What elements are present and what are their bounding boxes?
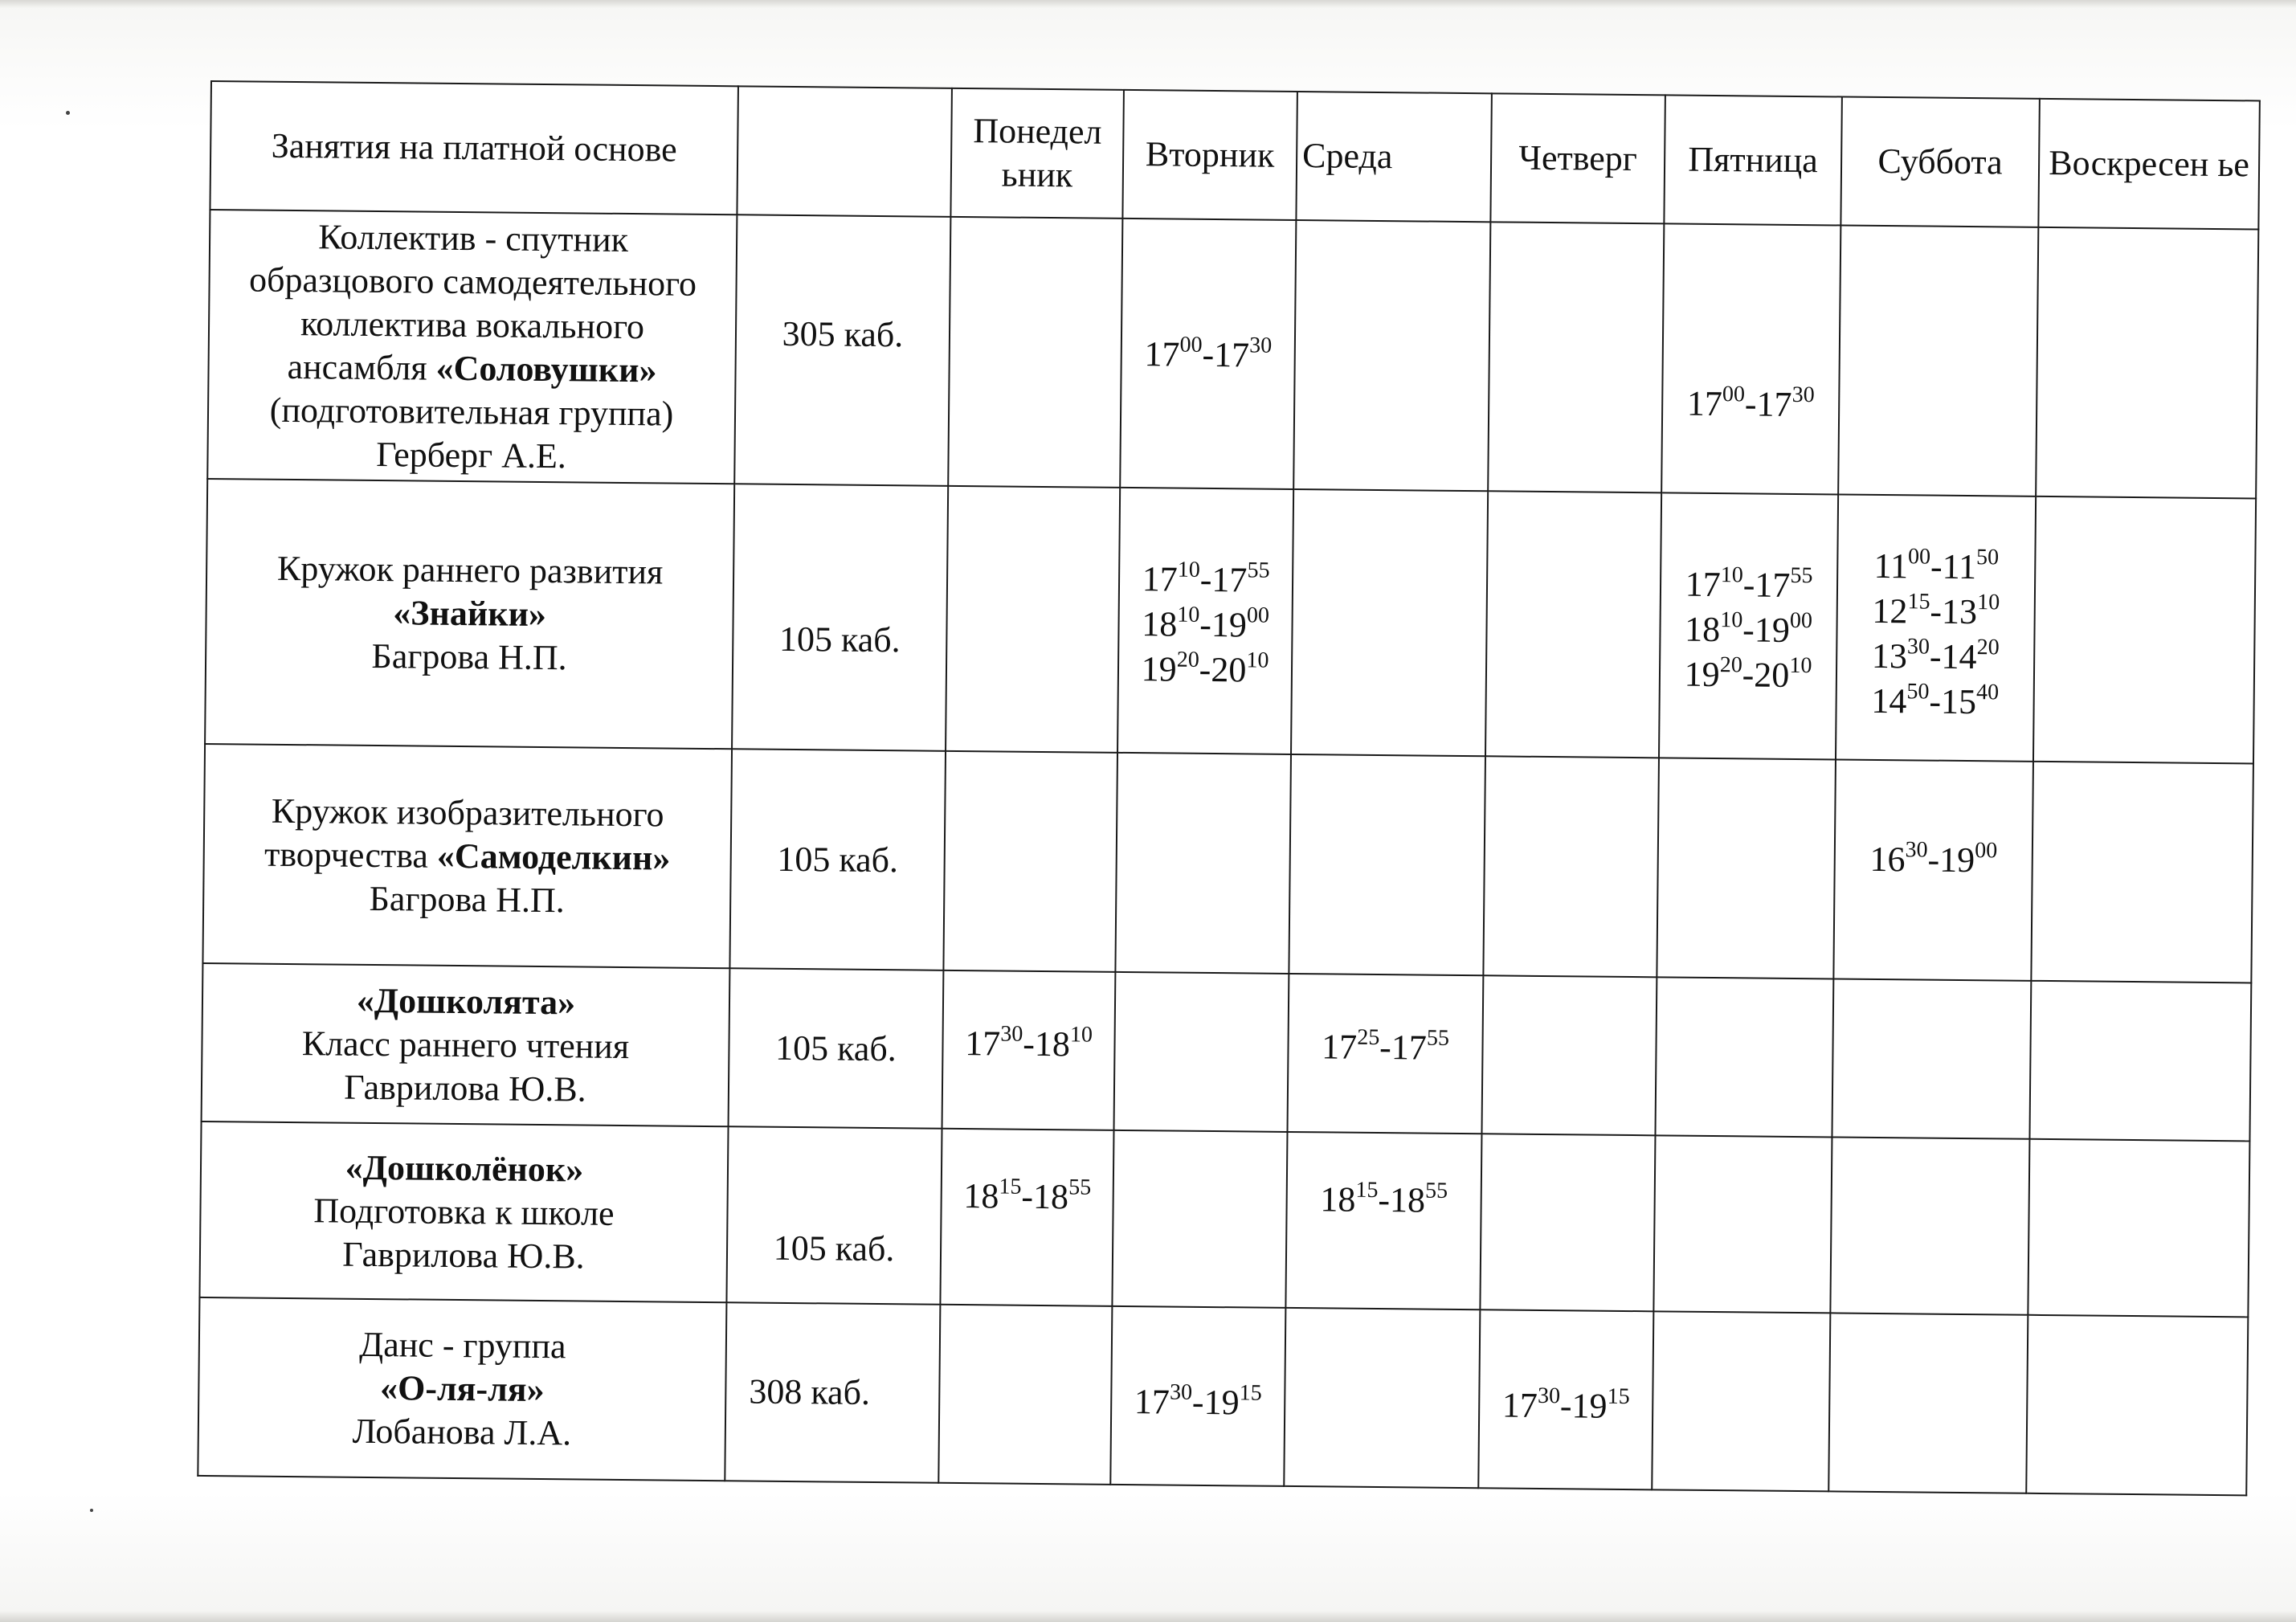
time-cell-thu bbox=[1488, 222, 1664, 492]
activity-name-line: Подготовка к школе bbox=[206, 1188, 721, 1236]
activity-name-line: Багрова Н.П. bbox=[209, 876, 725, 924]
activity-text: Кружок изобразительного bbox=[272, 791, 664, 834]
time-cell-sat bbox=[1838, 225, 2038, 496]
activity-title: «Самоделкин» bbox=[437, 836, 671, 877]
time-slot: 1815-1855 bbox=[1292, 1177, 1476, 1224]
activity-name-cell: «Дошколята»Класс раннего чтенияГаврилова… bbox=[202, 963, 730, 1126]
time-cell-fri bbox=[1653, 1135, 1832, 1313]
time-cell-sun bbox=[2029, 981, 2251, 1142]
activity-text: творчества bbox=[264, 834, 437, 875]
activity-text: коллектива вокального bbox=[300, 304, 644, 346]
time-cell-mon bbox=[948, 217, 1122, 488]
activity-name-line: Багрова Н.П. bbox=[211, 633, 727, 681]
time-cell-sun bbox=[2036, 227, 2258, 499]
time-cell-tue bbox=[1112, 1130, 1287, 1308]
activity-name-cell: Кружок раннего развития«Знайки»Багрова Н… bbox=[205, 479, 734, 749]
room-cell: 105 каб. bbox=[729, 968, 944, 1129]
time-cell-sun bbox=[2028, 1139, 2249, 1318]
header-row: Занятия на платной основе Понедел ьник В… bbox=[210, 81, 2259, 229]
time-cell-thu bbox=[1483, 756, 1659, 977]
activity-name-line: «О-ля-ля» bbox=[204, 1365, 720, 1413]
activity-text: ансамбля bbox=[287, 346, 435, 387]
paper-speck bbox=[90, 1509, 93, 1512]
time-slot: 1700-1730 bbox=[1668, 381, 1834, 427]
table-row: Кружок раннего развития«Знайки»Багрова Н… bbox=[205, 479, 2256, 763]
activity-title: «Знайки» bbox=[393, 593, 546, 634]
time-cell-mon bbox=[946, 486, 1120, 753]
room-cell: 305 каб. bbox=[734, 214, 950, 486]
activity-name-line: Гаврилова Ю.В. bbox=[207, 1064, 723, 1113]
time-cell-sun bbox=[2033, 496, 2256, 764]
activity-name-cell: «Дошколёнок»Подготовка к школеГаврилова … bbox=[199, 1122, 728, 1302]
time-cell-fri: 1710-17551810-19001920-2010 bbox=[1659, 492, 1838, 759]
activity-name-line: Коллектив - спутник bbox=[215, 214, 731, 263]
activity-name-cell: Данс - группа«О-ля-ля»Лобанова Л.А. bbox=[198, 1297, 726, 1481]
time-cell-thu bbox=[1481, 975, 1657, 1135]
time-cell-sat: 1100-11501215-13101330-14201450-1540 bbox=[1836, 494, 2036, 761]
activity-title: «Дошколята» bbox=[357, 980, 576, 1022]
time-cell-sat bbox=[1828, 1313, 2028, 1493]
schedule-body: Коллектив - спутникобразцового самодеяте… bbox=[198, 210, 2258, 1495]
time-cell-thu bbox=[1485, 491, 1661, 758]
time-cell-tue: 1700-1730 bbox=[1120, 219, 1296, 489]
time-cell-sat bbox=[1832, 979, 2031, 1138]
time-slot: 1725-1755 bbox=[1293, 1024, 1477, 1071]
activity-name-line: Лобанова Л.А. bbox=[204, 1408, 720, 1457]
time-slot: 1215-1310 bbox=[1842, 589, 2029, 635]
activity-name-line: образцового самодеятельного bbox=[214, 258, 730, 306]
activity-name-line: «Знайки» bbox=[211, 590, 727, 638]
time-cell-fri bbox=[1655, 977, 1833, 1137]
activity-name-line: Данс - группа bbox=[205, 1322, 721, 1370]
activity-name-line: (подготовительная группа) bbox=[214, 388, 729, 436]
time-cell-wed: 1815-1855 bbox=[1285, 1132, 1481, 1309]
header-day-thu: Четверг bbox=[1490, 93, 1665, 223]
activity-name-cell: Кружок изобразительноготворчества «Самод… bbox=[202, 744, 732, 968]
header-day-fri: Пятница bbox=[1664, 95, 1842, 225]
header-day-sun: Воскресен ье bbox=[2038, 99, 2260, 230]
activity-text: Гаврилова Ю.В. bbox=[342, 1234, 585, 1276]
header-room bbox=[737, 86, 952, 217]
activity-name-line: Кружок изобразительного bbox=[210, 789, 725, 837]
time-cell-fri: 1700-1730 bbox=[1661, 223, 1840, 494]
time-cell-fri bbox=[1652, 1311, 1830, 1491]
time-slot: 1810-1900 bbox=[1665, 607, 1832, 653]
activity-name-line: творчества «Самоделкин» bbox=[210, 832, 725, 880]
activity-text: Багрова Н.П. bbox=[371, 636, 567, 677]
room-cell: 308 каб. bbox=[725, 1302, 940, 1483]
room-cell: 105 каб. bbox=[732, 484, 948, 751]
activity-title: «Дошколёнок» bbox=[345, 1147, 584, 1189]
activity-title: «О-ля-ля» bbox=[380, 1368, 545, 1409]
time-cell-sat bbox=[1830, 1137, 2029, 1314]
table-row: «Дошколята»Класс раннего чтенияГаврилова… bbox=[202, 963, 2252, 1141]
activity-name-line: Класс раннего чтения bbox=[207, 1021, 723, 1069]
time-cell-mon: 1730-1810 bbox=[942, 970, 1116, 1130]
activity-name-line: Герберг А.Е. bbox=[213, 431, 729, 480]
activity-text: Класс раннего чтения bbox=[302, 1023, 630, 1066]
time-cell-mon: 1815-1855 bbox=[940, 1129, 1113, 1306]
time-cell-wed bbox=[1284, 1308, 1480, 1488]
time-cell-thu bbox=[1480, 1134, 1655, 1311]
time-cell-tue: 1730-1915 bbox=[1110, 1306, 1285, 1486]
header-title: Занятия на платной основе bbox=[210, 81, 738, 214]
time-slot: 1730-1915 bbox=[1117, 1379, 1280, 1426]
table-row: «Дошколёнок»Подготовка к школеГаврилова … bbox=[199, 1122, 2249, 1317]
activity-text: Лобанова Л.А. bbox=[352, 1412, 571, 1453]
room-cell: 105 каб. bbox=[726, 1126, 942, 1305]
activity-name-cell: Коллектив - спутникобразцового самодеяте… bbox=[207, 210, 737, 484]
time-slot: 1710-1755 bbox=[1666, 562, 1832, 608]
time-slot: 1920-2010 bbox=[1124, 647, 1287, 693]
header-day-wed: Среда bbox=[1296, 92, 1492, 222]
time-cell-sun bbox=[2031, 762, 2253, 983]
header-day-mon: Понедел ьник bbox=[950, 88, 1124, 219]
time-slot: 1920-2010 bbox=[1665, 652, 1832, 698]
activity-text: Коллектив - спутник bbox=[318, 217, 628, 259]
table-row: Кружок изобразительноготворчества «Самод… bbox=[202, 744, 2253, 983]
activity-name-line: Кружок раннего развития bbox=[212, 546, 728, 594]
paper-top-edge bbox=[0, 0, 2296, 8]
time-cell-wed: 1725-1755 bbox=[1287, 974, 1483, 1134]
activity-name-line: коллектива вокального bbox=[214, 301, 730, 349]
table-row: Данс - группа«О-ля-ля»Лобанова Л.А.308 к… bbox=[198, 1297, 2248, 1495]
table-row: Коллектив - спутникобразцового самодеяте… bbox=[207, 210, 2258, 498]
time-cell-wed bbox=[1291, 489, 1488, 756]
activity-text: Кружок раннего развития bbox=[277, 549, 664, 592]
time-slot: 1730-1810 bbox=[948, 1021, 1109, 1068]
time-cell-tue bbox=[1114, 972, 1289, 1132]
header-day-tue: Вторник bbox=[1122, 90, 1297, 220]
activity-name-line: ансамбля «Соловушки» bbox=[214, 345, 729, 393]
time-cell-fri bbox=[1657, 758, 1836, 979]
time-cell-sat: 1630-1900 bbox=[1833, 759, 2033, 980]
schedule-table: Занятия на платной основе Понедел ьник В… bbox=[197, 80, 2261, 1496]
paper-bottom-edge bbox=[0, 1611, 2296, 1622]
time-slot: 1710-1755 bbox=[1125, 557, 1288, 603]
time-cell-mon bbox=[938, 1305, 1112, 1485]
activity-text: Подготовка к школе bbox=[313, 1191, 615, 1233]
time-cell-tue: 1710-17551810-19001920-2010 bbox=[1117, 488, 1293, 754]
time-cell-wed bbox=[1289, 754, 1485, 975]
time-cell-mon bbox=[943, 751, 1117, 972]
time-slot: 1730-1915 bbox=[1485, 1383, 1648, 1429]
time-cell-thu: 1730-1915 bbox=[1478, 1309, 1653, 1489]
activity-text: Герберг А.Е. bbox=[376, 435, 566, 476]
activity-text: Данс - группа bbox=[359, 1325, 566, 1366]
time-slot: 1700-1730 bbox=[1127, 332, 1290, 378]
activity-text: Багрова Н.П. bbox=[369, 878, 565, 919]
activity-name-line: «Дошколята» bbox=[208, 978, 724, 1026]
paper-speck bbox=[66, 111, 70, 115]
time-slot: 1450-1540 bbox=[1841, 679, 2028, 725]
activity-title: «Соловушки» bbox=[435, 348, 656, 390]
time-slot: 1810-1900 bbox=[1124, 602, 1287, 648]
activity-name-line: Гаврилова Ю.В. bbox=[206, 1232, 721, 1280]
time-cell-sun bbox=[2026, 1315, 2248, 1496]
activity-text: (подготовительная группа) bbox=[270, 390, 674, 433]
time-cell-tue bbox=[1115, 753, 1291, 974]
header-day-sat: Суббота bbox=[1840, 96, 2040, 227]
time-slot: 1815-1855 bbox=[946, 1174, 1108, 1220]
activity-name-line: «Дошколёнок» bbox=[206, 1145, 722, 1193]
time-slot: 1100-1150 bbox=[1843, 544, 2030, 590]
time-slot: 1630-1900 bbox=[1840, 837, 2028, 884]
time-cell-wed bbox=[1293, 220, 1490, 491]
activity-text: Гаврилова Ю.В. bbox=[344, 1067, 586, 1109]
time-slot: 1330-1420 bbox=[1842, 634, 2029, 680]
room-cell: 105 каб. bbox=[729, 749, 946, 970]
activity-text: образцового самодеятельного bbox=[249, 259, 697, 303]
